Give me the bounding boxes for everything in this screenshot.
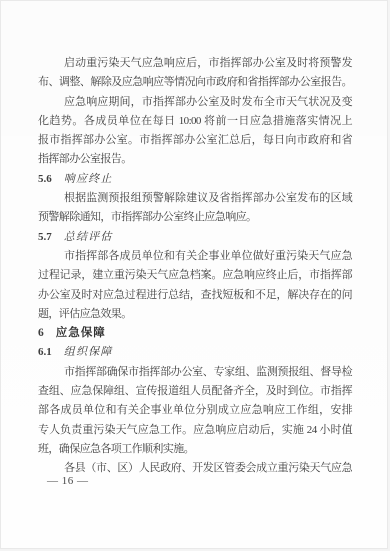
text-line: 报市指挥部办公室。市指挥部办公室汇总后，每日向市政府和省 — [38, 131, 352, 150]
section-title: 应急保障 — [56, 327, 106, 339]
section-heading-6-1: 6.1组织保障 — [38, 343, 352, 362]
section-number: 6.1 — [38, 346, 52, 358]
section-number: 5.7 — [38, 231, 52, 243]
section-title: 响应终止 — [64, 173, 113, 185]
text-line: 预警解除通知，市指挥部办公室终止应急响应。 — [38, 208, 352, 227]
text-line: 专人负责重污染天气应急工作。应急响应启动后，实施 24 小时值 — [38, 421, 352, 440]
section-heading-6: 6应急保障 — [38, 324, 352, 343]
text-line: 办公室及时对应急过程进行总结，查找短板和不足，解决存在的问 — [38, 286, 352, 305]
section-title: 组织保障 — [64, 346, 113, 358]
text-line: 启动重污染天气应急响应后，市指挥部办公室及时将预警发 — [38, 54, 352, 73]
document-body: 启动重污染天气应急响应后，市指挥部办公室及时将预警发布、调整、解除及应急响应等情… — [38, 54, 352, 479]
text-line: 根据监测预报组预警解除建议及省指挥部办公室发布的区域 — [38, 189, 352, 208]
text-line: 应急响应期间，市指挥部办公室及时发布全市天气状况及变 — [38, 93, 352, 112]
text-line: 布、调整、解除及应急响应等情况向市政府和省指挥部办公室报告。 — [38, 73, 352, 92]
section-heading-5-6: 5.6响应终止 — [38, 170, 352, 189]
text-line: 题，评估应急效果。 — [38, 305, 352, 324]
paragraph-3: 根据监测预报组预警解除建议及省指挥部办公室发布的区域预警解除通知，市指挥部办公室… — [38, 189, 352, 228]
text-line: 查组、应急保障组、宣传报道组人员配备齐全，及时到位。市指挥 — [38, 382, 352, 401]
paragraph-0: 启动重污染天气应急响应后，市指挥部办公室及时将预警发布、调整、解除及应急响应等情… — [38, 54, 352, 93]
text-line: 指挥部办公室报告。 — [38, 150, 352, 169]
text-line: 过程记录，建立重污染天气应急档案。应急响应终止后，市指挥部 — [38, 266, 352, 285]
document-page: 启动重污染天气应急响应后，市指挥部办公室及时将预警发布、调整、解除及应急响应等情… — [0, 0, 388, 549]
section-number: 6 — [38, 327, 44, 339]
text-line: 市指挥部确保市指挥部办公室、专家组、监测预报组、督导检 — [38, 363, 352, 382]
page-number: — 16 — — [47, 472, 89, 491]
section-heading-5-7: 5.7总结评估 — [38, 228, 352, 247]
text-line: 班，确保应急各项工作顺利实施。 — [38, 440, 352, 459]
text-line: 部各成员单位和有关企事业单位分别成立应急响应工作组，安排 — [38, 401, 352, 420]
paragraph-1: 应急响应期间，市指挥部办公室及时发布全市天气状况及变化趋势。各成员单位在每日 1… — [38, 93, 352, 170]
paragraph-5: 市指挥部各成员单位和有关企事业单位做好重污染天气应急过程记录，建立重污染天气应急… — [38, 247, 352, 324]
paragraph-8: 市指挥部确保市指挥部办公室、专家组、监测预报组、督导检查组、应急保障组、宣传报道… — [38, 363, 352, 459]
section-title: 总结评估 — [64, 231, 113, 243]
text-line: 市指挥部各成员单位和有关企事业单位做好重污染天气应急 — [38, 247, 352, 266]
text-line: 化趋势。各成员单位在每日 10:00 将前一日应急措施落实情况上 — [38, 112, 352, 131]
section-number: 5.6 — [38, 173, 52, 185]
